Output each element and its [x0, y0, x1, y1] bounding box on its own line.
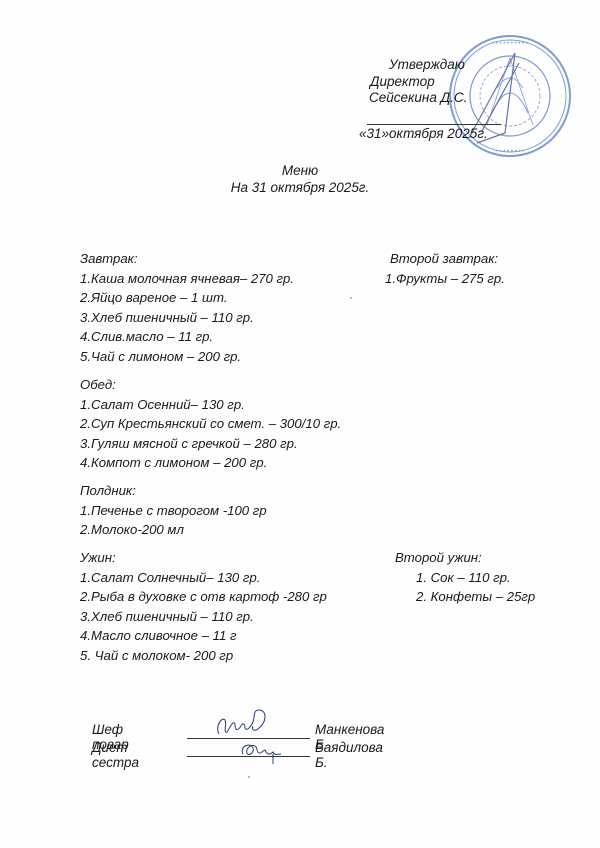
meal-section-second-dinner: Второй ужин: 1. Сок – 110 гр. 2. Конфеты…: [395, 548, 535, 607]
approval-heading: Утверждаю: [389, 57, 465, 72]
menu-item: 1.Фрукты – 275 гр.: [385, 269, 505, 289]
svg-text:• • • • • • • •: • • • • • • • •: [496, 149, 524, 155]
signature-line: [187, 738, 310, 739]
page-title: Меню: [0, 163, 600, 178]
meal-heading: Полдник:: [80, 481, 267, 501]
menu-item: 2.Рыба в духовке с отв картоф -280 гр: [80, 587, 327, 607]
handwritten-signature-icon: [235, 740, 285, 766]
approval-date: «31»октября 2025г.: [359, 126, 488, 141]
svg-text:• • • • • • • • • •: • • • • • • • • • •: [492, 41, 528, 47]
meal-section-dinner: Ужин: 1.Салат Солнечный– 130 гр. 2.Рыба …: [80, 548, 327, 665]
meal-heading: Ужин:: [80, 548, 327, 568]
signatory-name: Баядилова Б.: [315, 740, 383, 770]
handwritten-signature-icon: [213, 706, 269, 738]
menu-item: 4.Слив.масло – 11 гр.: [80, 327, 294, 347]
approval-signature-line: [367, 124, 501, 125]
meal-heading: Обед:: [80, 375, 341, 395]
menu-item: 1.Салат Солнечный– 130 гр.: [80, 568, 327, 588]
meal-heading: Завтрак:: [80, 249, 294, 269]
menu-item: 5.Чай с лимоном – 200 гр.: [80, 347, 294, 367]
scan-speck: [248, 776, 250, 778]
meal-section-lunch: Обед: 1.Салат Осенний– 130 гр. 2.Суп Кре…: [80, 375, 341, 473]
scan-speck: [350, 297, 352, 299]
menu-item: 2. Конфеты – 25гр: [395, 587, 535, 607]
meal-heading: Второй завтрак:: [385, 249, 505, 269]
menu-item: 3.Гуляш мясной с гречкой – 280 гр.: [80, 434, 341, 454]
meal-heading: Второй ужин:: [395, 548, 535, 568]
approver-name: Сейсекина Д.С.: [369, 90, 467, 105]
menu-item: 4.Компот с лимоном – 200 гр.: [80, 453, 341, 473]
menu-date: На 31 октября 2025г.: [0, 180, 600, 195]
menu-item: 1.Печенье с творогом -100 гр: [80, 501, 267, 521]
menu-item: 3.Хлеб пшеничный – 110 гр.: [80, 308, 294, 328]
menu-item: 1. Сок – 110 гр.: [395, 568, 535, 588]
menu-item: 1.Салат Осенний– 130 гр.: [80, 395, 341, 415]
meal-section-second-breakfast: Второй завтрак: 1.Фрукты – 275 гр.: [385, 249, 505, 288]
menu-item: 3.Хлеб пшеничный – 110 гр.: [80, 607, 327, 627]
menu-item: 2.Яйцо вареное – 1 шт.: [80, 288, 294, 308]
meal-section-snack: Полдник: 1.Печенье с творогом -100 гр 2.…: [80, 481, 267, 540]
menu-item: 2.Суп Крестьянский со смет. – 300/10 гр.: [80, 414, 341, 434]
menu-item: 5. Чай с молоком- 200 гр: [80, 646, 327, 666]
meal-section-breakfast: Завтрак: 1.Каша молочная ячневая– 270 гр…: [80, 249, 294, 366]
approver-role: Директор: [370, 74, 435, 89]
menu-item: 4.Масло сливочное – 11 г: [80, 626, 327, 646]
signature-role: Диет сестра: [92, 740, 139, 770]
menu-item: 1.Каша молочная ячневая– 270 гр.: [80, 269, 294, 289]
menu-item: 2.Молоко-200 мл: [80, 520, 267, 540]
